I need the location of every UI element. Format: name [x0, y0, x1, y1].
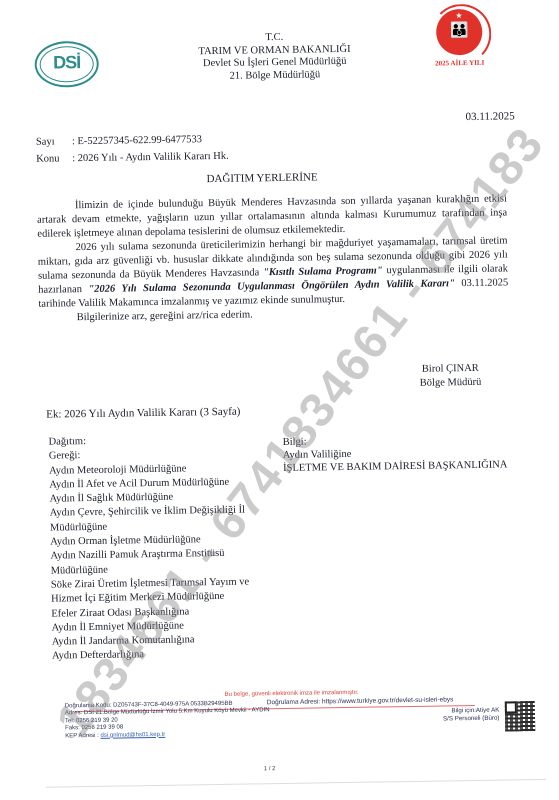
letterhead-region: 21. Bölge Müdürlüğü	[145, 67, 405, 84]
page-edge	[46, 779, 546, 788]
page-number: 1 / 2	[264, 766, 276, 772]
signer-name: Birol ÇINAR	[419, 362, 481, 377]
document-page: DSİ T.C. TARIM VE ORMAN BAKANLIĞI Devlet…	[0, 0, 559, 800]
kep-label: KEP Adresi :	[65, 732, 100, 739]
sayi-label: Sayı	[36, 133, 72, 151]
kep-link[interactable]: dsi.gnlmud@hs01.kep.tr	[100, 731, 165, 738]
document-date: 03.11.2025	[465, 110, 514, 123]
konu-row: Konu: 2026 Yılı - Aydın Valilik Kararı H…	[36, 148, 229, 168]
konu-value: : 2026 Yılı - Aydın Valilik Kararı Hk.	[72, 151, 229, 164]
family-hands-icon: 👪	[436, 21, 482, 41]
bilgi-1: İŞLETME VE BAKIM DAİRESİ BAŞKANLIĞINA	[283, 458, 508, 475]
star-icon: ★	[436, 11, 482, 21]
addressee-title: DAĞITIM YERLERİNE	[206, 171, 317, 185]
letter-body: İlimizin de içinde bulunduğu Büyük Mende…	[37, 192, 509, 325]
konu-label: Konu	[36, 150, 72, 168]
signer-title: Bölge Müdürü	[420, 376, 482, 391]
esign-note: Bu belge, güvenli elektronik imza ile im…	[225, 690, 359, 698]
family-year-logo: ★ 👪 2025 AİLE YILI	[424, 9, 495, 68]
letterhead: T.C. TARIM VE ORMAN BAKANLIĞI Devlet Su …	[144, 30, 405, 84]
attachment-line: Ek: 2026 Yılı Aydın Valilik Kararı (3 Sa…	[46, 406, 240, 421]
contact-role: S/S Personeli (Büro)	[443, 715, 500, 724]
geregi-6: Söke Zirai Üretim İşletmesi Tarımsal Yay…	[51, 575, 281, 607]
sayi-value: : E-52257345-622.99-6477533	[72, 134, 202, 147]
geregi-10: Aydın Defterdarlığına	[52, 646, 282, 664]
dsi-logo-text: DSİ	[37, 52, 97, 74]
contact-info: Bilgi için:Atiye AK S/S Personeli (Büro)	[443, 707, 500, 724]
paragraph-1: İlimizin de içinde bulunduğu Büyük Mende…	[37, 192, 508, 241]
geregi-3: Aydın Çevre, Şehircilik ve İklim Değişik…	[50, 503, 280, 535]
geregi-5: Aydın Nazilli Pamuk Araştırma Enstitüsü …	[50, 546, 280, 578]
family-emblem-icon: ★ 👪	[436, 9, 483, 56]
program-name: "Kısıtlı Sulama Programı"	[263, 265, 383, 278]
info-recipients: Bilgi: Aydın Valiliğine İŞLETME VE BAKIM…	[283, 432, 508, 475]
signature-block: Birol ÇINAR Bölge Müdürü	[419, 362, 481, 391]
distribution-list: Dağıtım: Gereği: Aydın Meteoroloji Müdür…	[49, 432, 283, 664]
qr-code-icon	[505, 701, 535, 731]
document-meta: Sayı: E-52257345-622.99-6477533 Konu: 20…	[36, 131, 229, 168]
decision-name: "2026 Yılı Sulama Sezonunda Uygulanması …	[88, 278, 455, 295]
paragraph-2: 2026 yılı sulama sezonunda üreticilerimi…	[37, 234, 508, 311]
dsi-logo: DSİ	[34, 41, 99, 88]
